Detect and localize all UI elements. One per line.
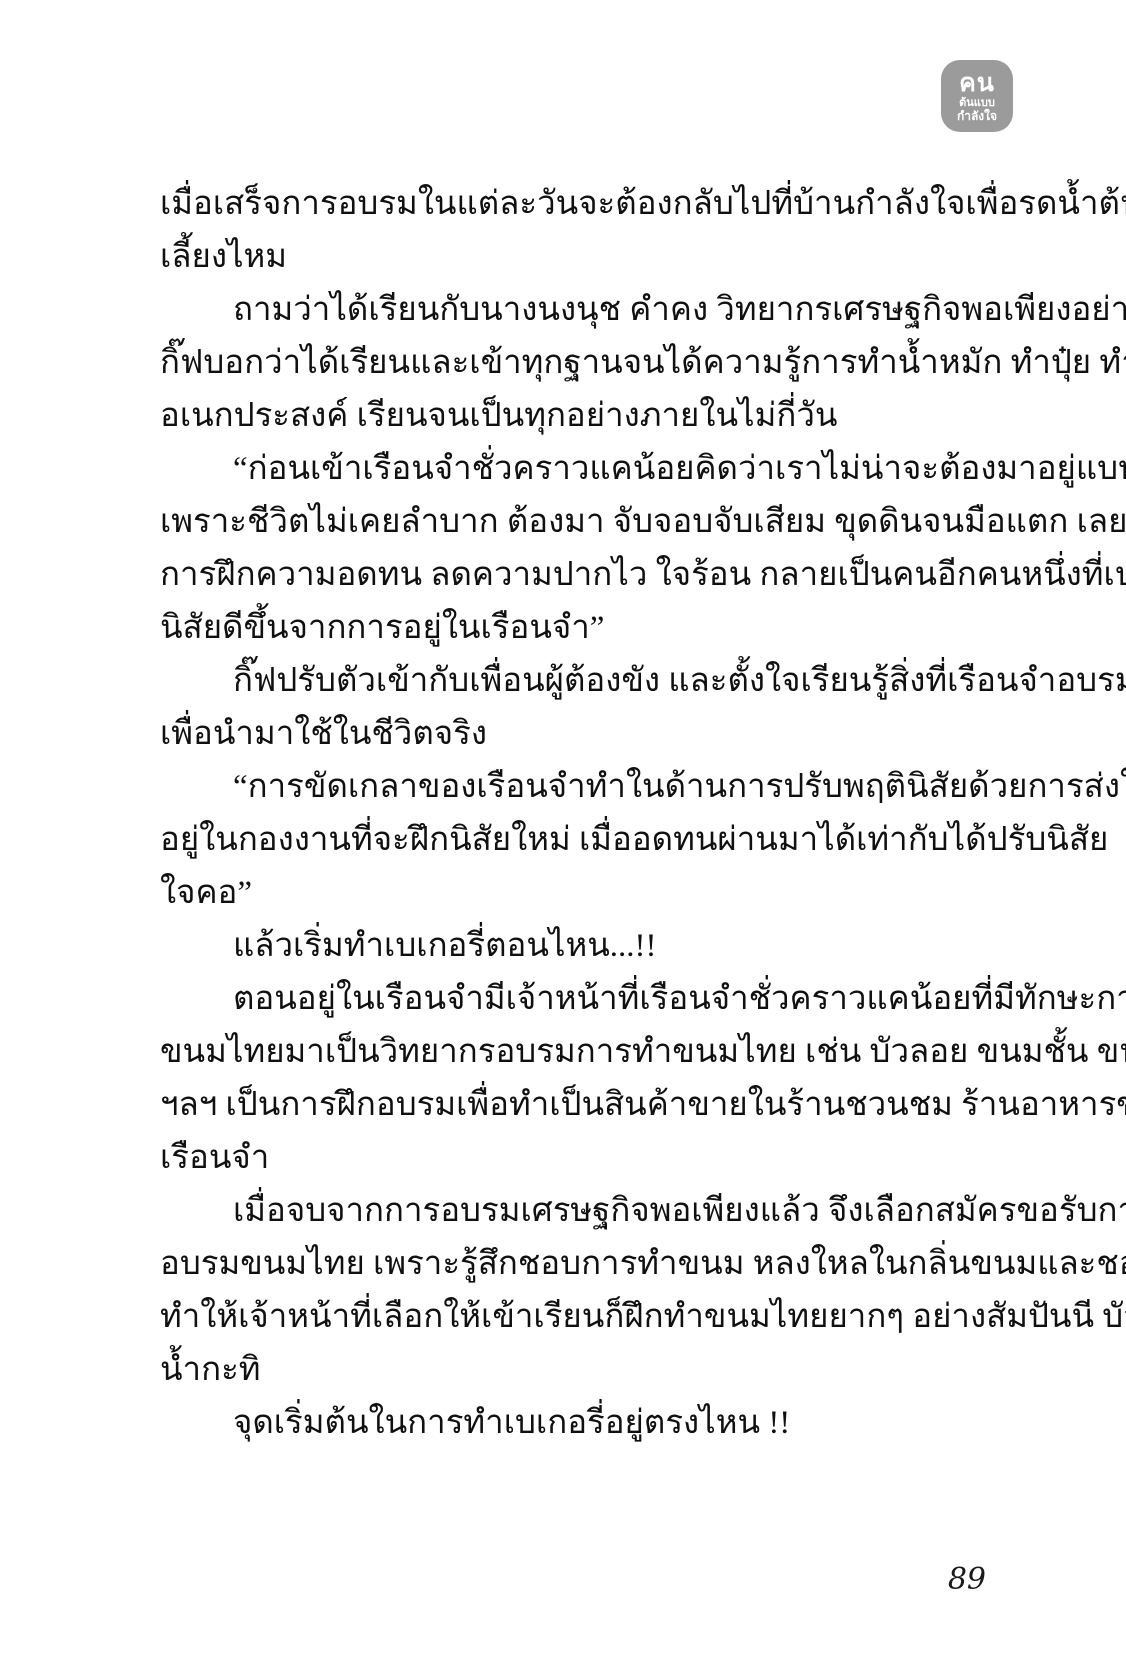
text-line: “การขัดเกลาของเรือนจำทำในด้านการปรับพฤติ… — [160, 761, 986, 814]
kamlangjai-logo: คน ต้นแบบ กำลังใจ — [941, 60, 1013, 132]
text-line: น้ำกะทิ — [160, 1344, 986, 1397]
text-line: อยู่ในกองงานที่จะฝึกนิสัยใหม่ เมื่ออดทนผ… — [160, 814, 986, 867]
book-page: คน ต้นแบบ กำลังใจ เมื่อเสร็จการอบรมในแต่… — [0, 0, 1126, 1654]
text-line: ตอนอยู่ในเรือนจำมีเจ้าหน้าที่เรือนจำชั่ว… — [160, 973, 986, 1026]
text-line: แล้วเริ่มทำเบเกอรี่ตอนไหน...!! — [160, 920, 986, 973]
text-line: อบรมขนมไทย เพราะรู้สึกชอบการทำขนม หลงใหล… — [160, 1238, 986, 1291]
text-line: เรือนจำ — [160, 1132, 986, 1185]
logo-text-line3: กำลังใจ — [957, 110, 997, 122]
text-line: เมื่อจบจากการอบรมเศรษฐกิจพอเพียงแล้ว จึง… — [160, 1185, 986, 1238]
text-line: ฯลฯ เป็นการฝึกอบรมเพื่อทำเป็นสินค้าขายใน… — [160, 1079, 986, 1132]
text-line: ทำให้เจ้าหน้าที่เลือกให้เข้าเรียนก็ฝึกทำ… — [160, 1291, 986, 1344]
text-line: ถามว่าได้เรียนกับนางนงนุช คำคง วิทยากรเศ… — [160, 284, 986, 337]
text-line: การฝึกความอดทน ลดความปากไว ใจร้อน กลายเป… — [160, 549, 986, 602]
text-line: “ก่อนเข้าเรือนจำชั่วคราวแคน้อยคิดว่าเราไ… — [160, 443, 986, 496]
text-line: เพราะชีวิตไม่เคยลำบาก ต้องมา จับจอบจับเส… — [160, 496, 986, 549]
text-line: กิ๊ฟบอกว่าได้เรียนและเข้าทุกฐานจนได้ความ… — [160, 337, 986, 390]
text-line: ขนมไทยมาเป็นวิทยากรอบรมการทำขนมไทย เช่น … — [160, 1026, 986, 1079]
text-line: กิ๊ฟปรับตัวเข้ากับเพื่อนผู้ต้องขัง และตั… — [160, 655, 986, 708]
text-line: เมื่อเสร็จการอบรมในแต่ละวันจะต้องกลับไปท… — [160, 178, 986, 231]
text-line: อเนกประสงค์ เรียนจนเป็นทุกอย่างภายในไม่ก… — [160, 390, 986, 443]
text-line: เพื่อนำมาใช้ในชีวิตจริง — [160, 708, 986, 761]
logo-text-line1: คน — [959, 71, 995, 96]
page-text: เมื่อเสร็จการอบรมในแต่ละวันจะต้องกลับไปท… — [160, 178, 986, 1450]
text-line: นิสัยดีขึ้นจากการอยู่ในเรือนจำ” — [160, 602, 986, 655]
page-number: 89 — [948, 1562, 986, 1597]
text-line: เลี้ยงไหม — [160, 231, 986, 284]
text-line: จุดเริ่มต้นในการทำเบเกอรี่อยู่ตรงไหน !! — [160, 1397, 986, 1450]
logo-text-line2: ต้นแบบ — [959, 98, 995, 109]
text-line: ใจคอ” — [160, 867, 986, 920]
